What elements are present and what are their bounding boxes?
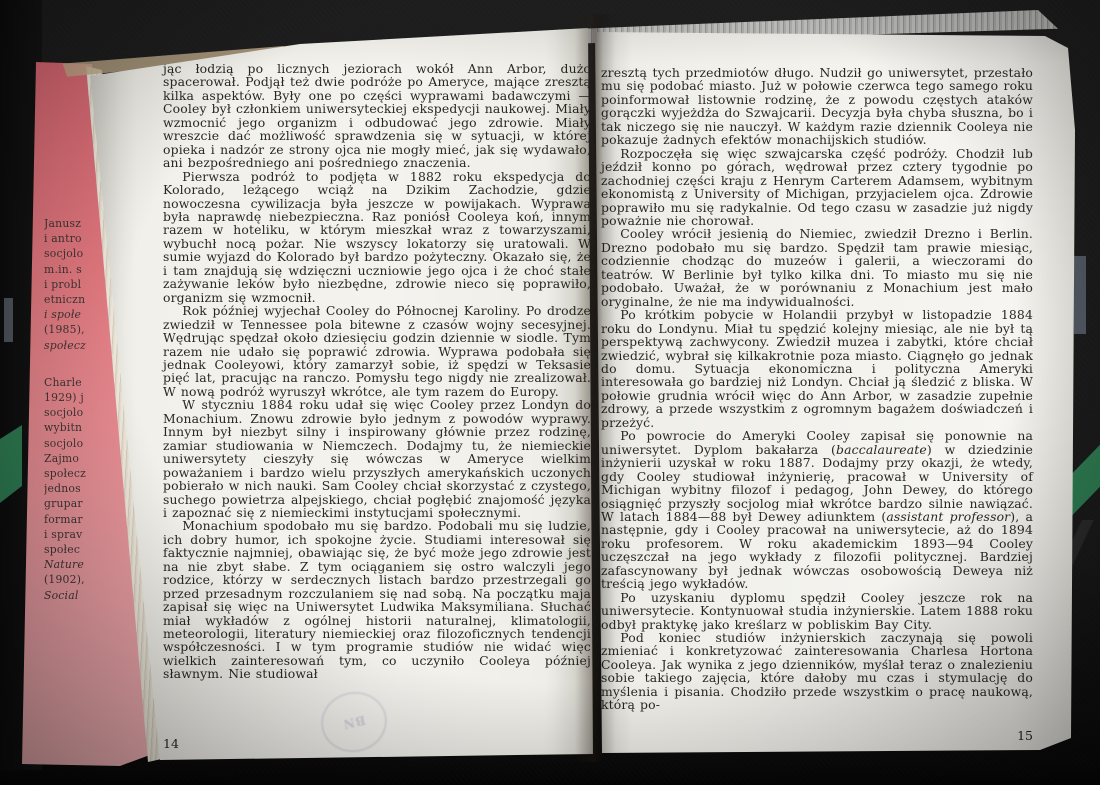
paragraph: Rozpoczęła się więc szwajcarska część po…	[601, 147, 1033, 228]
paragraph: Po powrocie do Ameryki Cooley zapisał si…	[601, 429, 1033, 590]
note-line: wybitn	[44, 420, 114, 435]
margin-note-cooley: Charle1929) jsocjolowybitnsocjoloZajmosp…	[44, 375, 114, 603]
book-photo-scene: Januszi antrosocjolom.in. si probletnicz…	[0, 0, 1100, 785]
note-line: jednos	[44, 481, 114, 496]
note-line: grupar	[44, 496, 114, 511]
note-line: 1929) j	[44, 390, 114, 405]
library-stamp-label: BN	[341, 713, 367, 732]
library-stamp: BN	[315, 686, 392, 758]
note-line: Nature	[44, 557, 114, 572]
paragraph: Cooley wrócił jesienią do Niemiec, zwied…	[601, 227, 1033, 308]
right-page: zresztą tych przedmiotów długo. Nudził g…	[593, 12, 1085, 760]
paragraph: Po uzyskaniu dyplomu spędził Cooley jesz…	[601, 591, 1033, 631]
note-line: m.in. s	[44, 262, 114, 277]
paragraph: Po krótkim pobycie w Holandii przybył w …	[601, 308, 1033, 429]
right-page-text: zresztą tych przedmiotów długo. Nudził g…	[601, 66, 1033, 712]
page-number-right: 15	[601, 728, 1033, 743]
note-line: społec	[44, 542, 114, 557]
margin-notes: Januszi antrosocjolom.in. si probletnicz…	[44, 216, 114, 625]
note-line: społecz	[44, 466, 114, 481]
note-line: i sprav	[44, 527, 114, 542]
left-page-text: jąc łodzią po licznych jeziorach wokół A…	[163, 62, 591, 681]
note-line: socjolo	[44, 405, 114, 420]
green-accent-left	[0, 425, 22, 503]
note-line: i probl	[44, 277, 114, 292]
paragraph: Rok później wyjechał Cooley do Północnej…	[163, 304, 591, 398]
paragraph: zresztą tych przedmiotów długo. Nudził g…	[601, 66, 1033, 147]
note-line: Social	[44, 588, 114, 603]
note-line: i społe	[44, 307, 114, 322]
paragraph: Pierwsza podróż to podjęta w 1882 roku e…	[163, 170, 591, 305]
left-page: jąc łodzią po licznych jeziorach wokół A…	[85, 24, 595, 764]
paragraph: W styczniu 1884 roku udał się więc Coole…	[163, 398, 591, 519]
note-line: socjolo	[44, 436, 114, 451]
paragraph: Monachium spodobało mu się bardzo. Podob…	[163, 519, 591, 680]
page-number-left: 14	[163, 736, 179, 751]
note-line: Zajmo	[44, 451, 114, 466]
note-line: etniczn	[44, 292, 114, 307]
note-line: (1985),	[44, 322, 114, 337]
note-line: społecz	[44, 338, 114, 353]
note-line: Charle	[44, 375, 114, 390]
paragraph: Pod koniec studiów inżynierskich zaczyna…	[601, 631, 1033, 712]
gray-accent-right	[1074, 256, 1086, 334]
paragraph: jąc łodzią po licznych jeziorach wokół A…	[163, 62, 591, 170]
gray-accent-left	[4, 298, 13, 342]
note-line: (1902),	[44, 572, 114, 587]
note-line: formar	[44, 512, 114, 527]
